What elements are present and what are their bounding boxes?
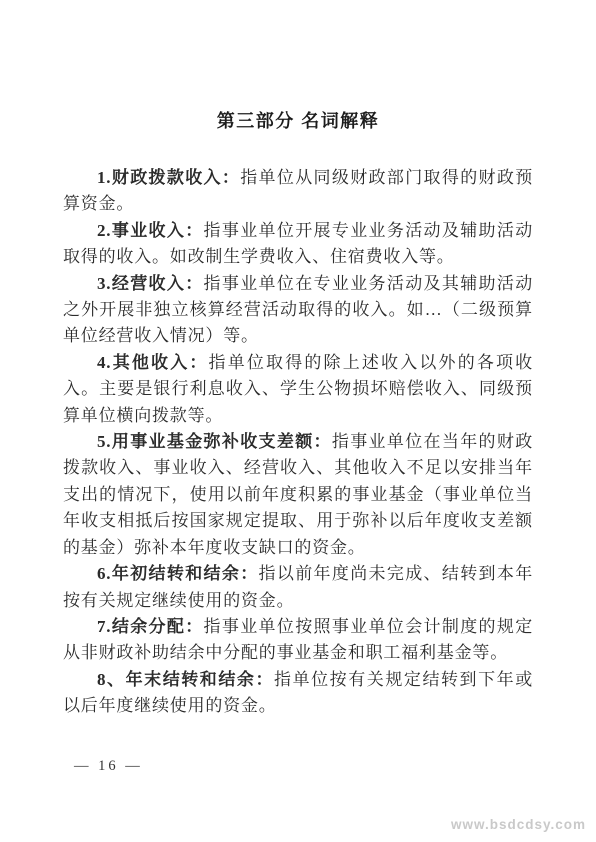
term-label: 5.用事业基金弥补收支差额： xyxy=(97,432,332,451)
glossary-body: 1.财政拨款收入：指单位从同级财政部门取得的财政预算资金。 2.事业收入：指事业… xyxy=(63,165,533,720)
term-label: 4.其他收入： xyxy=(97,353,209,372)
term-paragraph: 8、年末结转和结余：指单位按有关规定结转到下年或以后年度继续使用的资金。 xyxy=(63,667,533,720)
watermark-url: www.bsdcdsy.com xyxy=(451,817,586,832)
term-label: 6.年初结转和结余： xyxy=(97,564,259,583)
term-label: 2.事业收入： xyxy=(97,221,204,240)
page-title: 第三部分 名词解释 xyxy=(0,107,596,133)
term-paragraph: 3.经营收入：指事业单位在专业业务活动及其辅助活动之外开展非独立核算经营活动取得… xyxy=(63,271,533,350)
term-label: 8、年末结转和结余： xyxy=(97,670,274,689)
term-paragraph: 7.结余分配：指事业单位按照事业单位会计制度的规定从非财政补助结余中分配的事业基… xyxy=(63,614,533,667)
term-paragraph: 4.其他收入：指单位取得的除上述收入以外的各项收入。主要是银行利息收入、学生公物… xyxy=(63,350,533,429)
term-paragraph: 5.用事业基金弥补收支差额：指事业单位在当年的财政拨款收入、事业收入、经营收入、… xyxy=(63,429,533,561)
document-page: 第三部分 名词解释 1.财政拨款收入：指单位从同级财政部门取得的财政预算资金。 … xyxy=(0,0,596,842)
page-number: — 16 — xyxy=(74,758,143,775)
term-label: 1.财政拨款收入： xyxy=(97,168,240,187)
term-label: 3.经营收入： xyxy=(97,274,204,293)
term-paragraph: 1.财政拨款收入：指单位从同级财政部门取得的财政预算资金。 xyxy=(63,165,533,218)
term-paragraph: 6.年初结转和结余：指以前年度尚未完成、结转到本年按有关规定继续使用的资金。 xyxy=(63,561,533,614)
term-label: 7.结余分配： xyxy=(97,617,204,636)
term-paragraph: 2.事业收入：指事业单位开展专业业务活动及辅助活动取得的收入。如改制生学费收入、… xyxy=(63,218,533,271)
